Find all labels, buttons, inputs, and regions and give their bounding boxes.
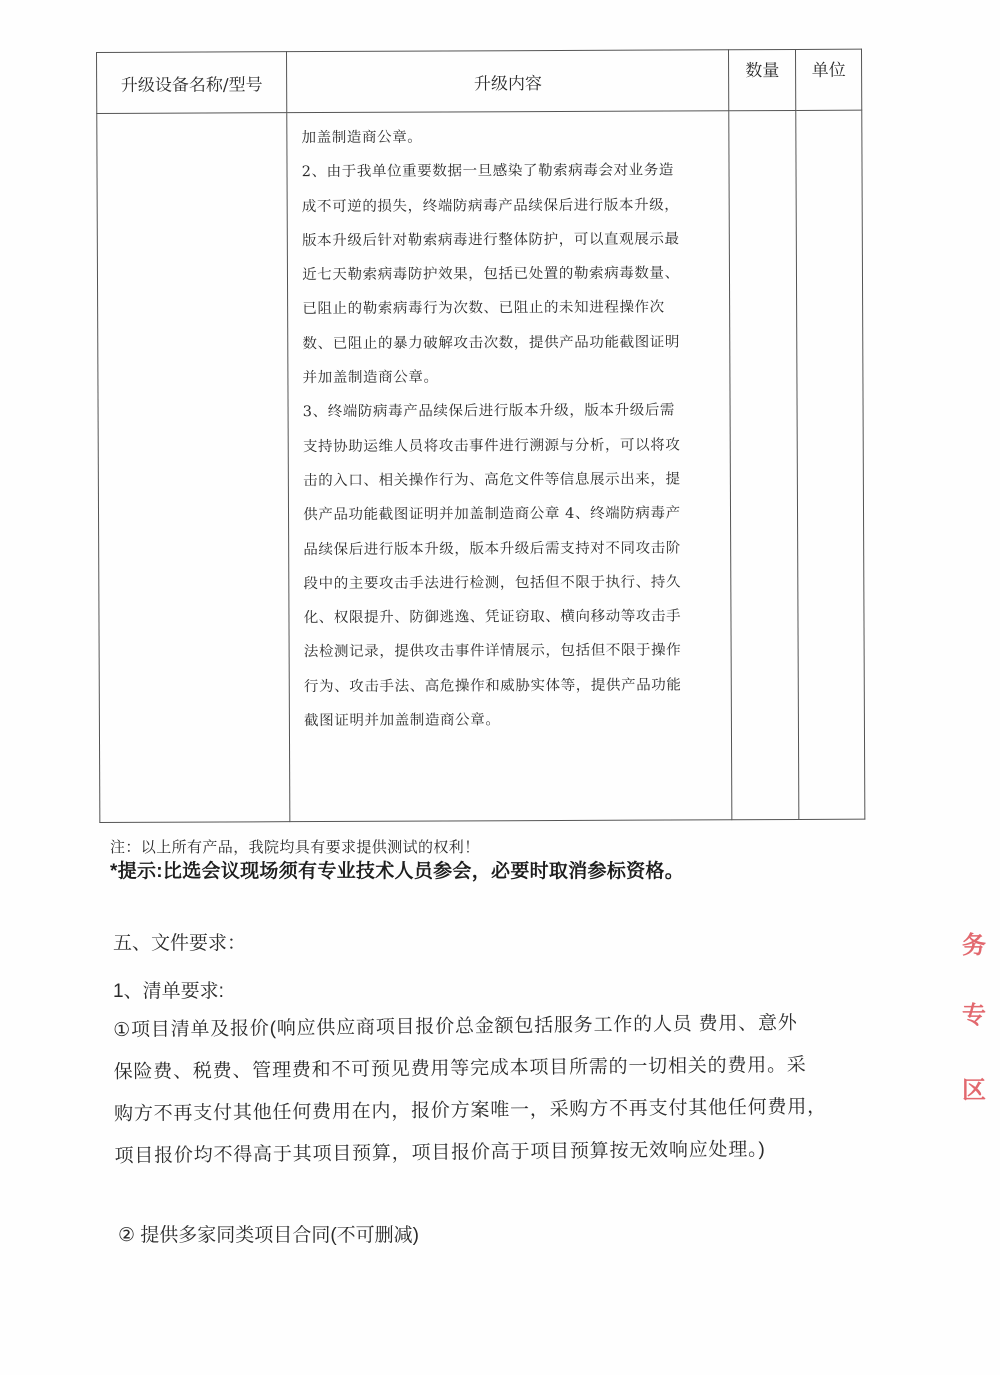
red-seal-stamp-fragment: 务 专 区 xyxy=(960,925,990,1130)
content-line: 数、已阻止的暴力破解攻击次数，提供产品功能截图证明 xyxy=(302,325,719,361)
testing-rights-note: 注：以上所有产品，我院均具有要求提供测试的权利！ xyxy=(110,836,480,857)
upgrade-spec-table: 升级设备名称/型号 升级内容 数量 单位 加盖制造商公章。 2、由于我单位重要数… xyxy=(96,49,865,823)
content-line: 成不可逆的损失，终端防病毒产品续保后进行版本升级， xyxy=(302,188,719,224)
content-line: 3、终端防病毒产品续保后进行版本升级，版本升级后需 xyxy=(303,394,720,430)
content-line: 已阻止的勒索病毒行为次数、已阻止的未知进程操作次 xyxy=(302,291,719,327)
sub-heading-list-requirements: 1、清单要求: xyxy=(113,976,224,1003)
section-heading-document-requirements: 五、文件要求： xyxy=(113,928,246,955)
content-line: 品续保后进行版本升级，版本升级后需支持对不同攻击阶 xyxy=(303,531,720,567)
cell-quantity xyxy=(729,110,799,819)
content-line: 加盖制造商公章。 xyxy=(302,119,719,155)
header-device-name: 升级设备名称/型号 xyxy=(97,52,287,114)
header-unit: 单位 xyxy=(796,49,862,110)
content-line: 截图证明并加盖制造商公章。 xyxy=(304,702,721,738)
table-header-row: 升级设备名称/型号 升级内容 数量 单位 xyxy=(97,49,862,113)
requirement-item-2: ② 提供多家同类项目合同(不可删减) xyxy=(118,1220,419,1247)
header-upgrade-content: 升级内容 xyxy=(287,50,729,113)
content-line: 版本升级后针对勒索病毒进行整体防护，可以直观展示最 xyxy=(302,222,719,258)
table-row: 加盖制造商公章。 2、由于我单位重要数据一旦感染了勒索病毒会对业务造 成不可逆的… xyxy=(97,110,865,822)
content-line: 支持协助运维人员将攻击事件进行溯源与分析，可以将攻 xyxy=(303,428,720,464)
content-line: 2、由于我单位重要数据一旦感染了勒索病毒会对业务造 xyxy=(302,154,719,190)
header-quantity: 数量 xyxy=(729,49,796,110)
cell-unit xyxy=(796,110,865,819)
content-line: 行为、攻击手法、高危操作和威胁实体等，提供产品功能 xyxy=(304,668,721,704)
content-line: 并加盖制造商公章。 xyxy=(303,359,720,395)
document-page: 升级设备名称/型号 升级内容 数量 单位 加盖制造商公章。 2、由于我单位重要数… xyxy=(0,0,1000,1375)
requirement-line: 购方不再支付其他任何费用在内，报价方案唯一，采购方不再支付其他任何费用， xyxy=(114,1085,934,1136)
meeting-tip: *提示:比选会议现场须有专业技术人员参会，必要时取消参标资格。 xyxy=(110,856,684,883)
stamp-glyph: 专 xyxy=(962,995,986,1030)
content-line: 供产品功能截图证明并加盖制造商公章 4、终端防病毒产 xyxy=(303,497,720,533)
content-line: 近七天勒索病毒防护效果，包括已处置的勒索病毒数量、 xyxy=(302,256,719,292)
stamp-glyph: 务 xyxy=(962,925,986,960)
content-line: 击的入口、相关操作行为、高危文件等信息展示出来，提 xyxy=(303,462,720,498)
requirement-line: 项目报价均不得高于其项目预算，项目报价高于项目预算按无效响应处理。) xyxy=(114,1127,934,1178)
cell-device-name xyxy=(97,113,290,823)
content-line: 化、权限提升、防御逃逸、凭证窃取、横向移动等攻击手 xyxy=(304,599,721,635)
cell-upgrade-content: 加盖制造商公章。 2、由于我单位重要数据一旦感染了勒索病毒会对业务造 成不可逆的… xyxy=(287,111,732,822)
requirement-item-1: ①项目清单及报价(响应供应商项目报价总金额包括服务工作的人员 费用、意外 保险费… xyxy=(113,1001,935,1178)
content-line: 段中的主要攻击手法进行检测，包括但不限于执行、持久 xyxy=(303,565,720,601)
stamp-glyph: 区 xyxy=(962,1070,986,1105)
content-line: 法检测记录，提供攻击事件详情展示，包括但不限于操作 xyxy=(304,634,721,670)
